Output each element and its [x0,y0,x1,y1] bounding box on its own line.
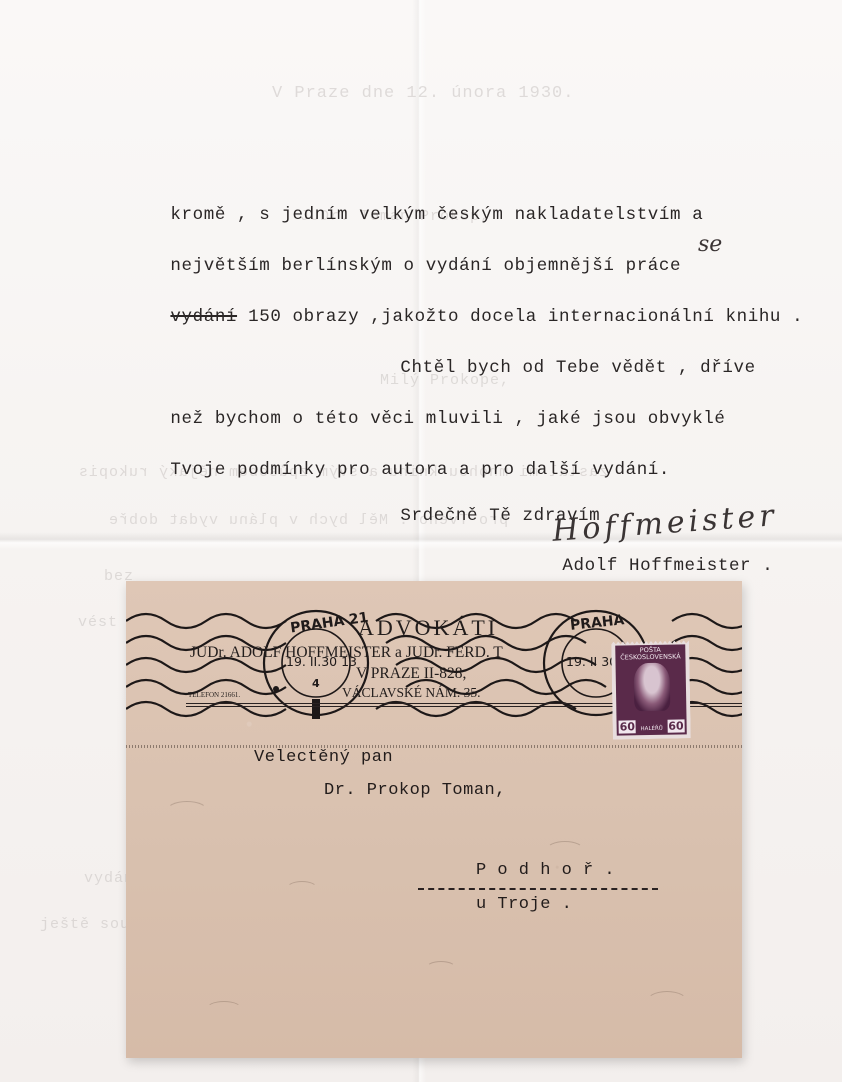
firm-names: JUDr. ADOLF HOFFMEISTER a JUDr. FERD. T [190,644,503,662]
letter-line-text: 150 obrazy ,jakožto docela internacionál… [237,307,803,327]
firm-title: ADVOKÁTI [358,615,498,641]
paper-fiber [286,881,318,897]
letter-line-text: největším berlínským o vydání objemnější… [170,256,681,276]
ghost-text: ještě sou- [40,916,140,933]
letter-line-text: než bychom o této věci mluvili , jaké js… [170,409,725,429]
place-underline [418,888,658,890]
postage-stamp: POŠTA ČESKOSLOVENSKÁ 60 HALÉŘŮ 60 [611,640,691,739]
envelope: PRAHA 21 19. II.30 13 4 PRAHA 19. II 30 … [126,581,742,1058]
paper-fiber [206,1001,242,1017]
postmark-left-number: 4 [312,677,320,690]
recipient-place: P o d h o ř . [476,861,615,880]
paper-fiber [426,961,456,975]
paper-fiber [546,841,584,859]
paper-fiber [166,801,208,821]
firm-telephone: TELEFON 21661. [188,691,240,699]
perforation-line [126,745,742,748]
handwritten-insert: se [698,232,722,257]
recipient-locality: u Troje . [476,895,572,914]
recipient-name: Dr. Prokop Toman, [324,781,506,800]
stamp-country: POŠTA ČESKOSLOVENSKÁ [615,646,685,661]
struck-word: vydání [170,307,237,327]
ghost-text: vést [78,614,118,631]
letter-line-text: kromě , s jedním velkým českým nakladate… [170,205,703,225]
postmark-right-date: 19. II 30 [566,654,617,669]
recipient-salutation: Velectěný pan [254,748,393,767]
firm-address-line-2: VÁCLAVSKÉ NÁM. 35. [342,685,481,701]
date-line-ghost: V Praze dne 12. února 1930. [272,84,574,103]
firm-address-line-1: V PRAZE II-828, [356,665,466,683]
paper-fiber [646,991,688,1013]
signer-name: Adolf Hoffmeister . [562,556,773,576]
stamp-value-right: 60 [667,719,685,732]
stamp-portrait-icon [634,663,671,712]
stamp-face: POŠTA ČESKOSLOVENSKÁ 60 HALÉŘŮ 60 [615,644,687,735]
letter-line-text: Chtěl bych od Tebe vědět , dříve [400,358,755,378]
letter-line-text: Tvoje podmínky pro autora a pro další vy… [170,460,670,480]
